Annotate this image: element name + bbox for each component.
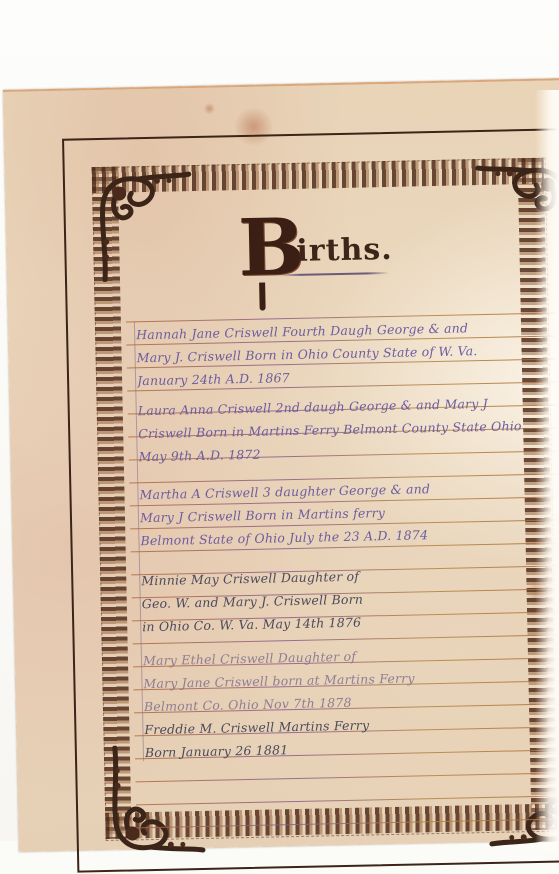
register-page: B irths. Hannah Jane Criswell Fourth Dau… bbox=[3, 78, 559, 841]
birth-entry: Laura Anna Criswell 2nd daugh George & a… bbox=[138, 390, 559, 468]
page-title: B irths. bbox=[237, 201, 429, 310]
birth-entry: Freddie M. Criswell Martins Ferry Born J… bbox=[144, 709, 559, 764]
birth-entry: Martha A Criswell 3 daughter George & an… bbox=[139, 474, 559, 552]
birth-entry: Hannah Jane Criswell Fourth Daugh George… bbox=[136, 314, 559, 392]
title-text: irths. bbox=[296, 232, 393, 269]
scan-edge-glare bbox=[535, 90, 559, 841]
scroll-corner-ornament-icon bbox=[97, 170, 194, 282]
illuminated-initial: B bbox=[238, 208, 298, 289]
birth-entry: Minnie May Criswell Daughter of Geo. W. … bbox=[141, 560, 559, 638]
birth-entry: Mary Ethel Criswell Daughter of Mary Jan… bbox=[143, 640, 559, 718]
initial-stem-ornament-icon bbox=[259, 283, 266, 311]
age-stain bbox=[203, 103, 215, 115]
